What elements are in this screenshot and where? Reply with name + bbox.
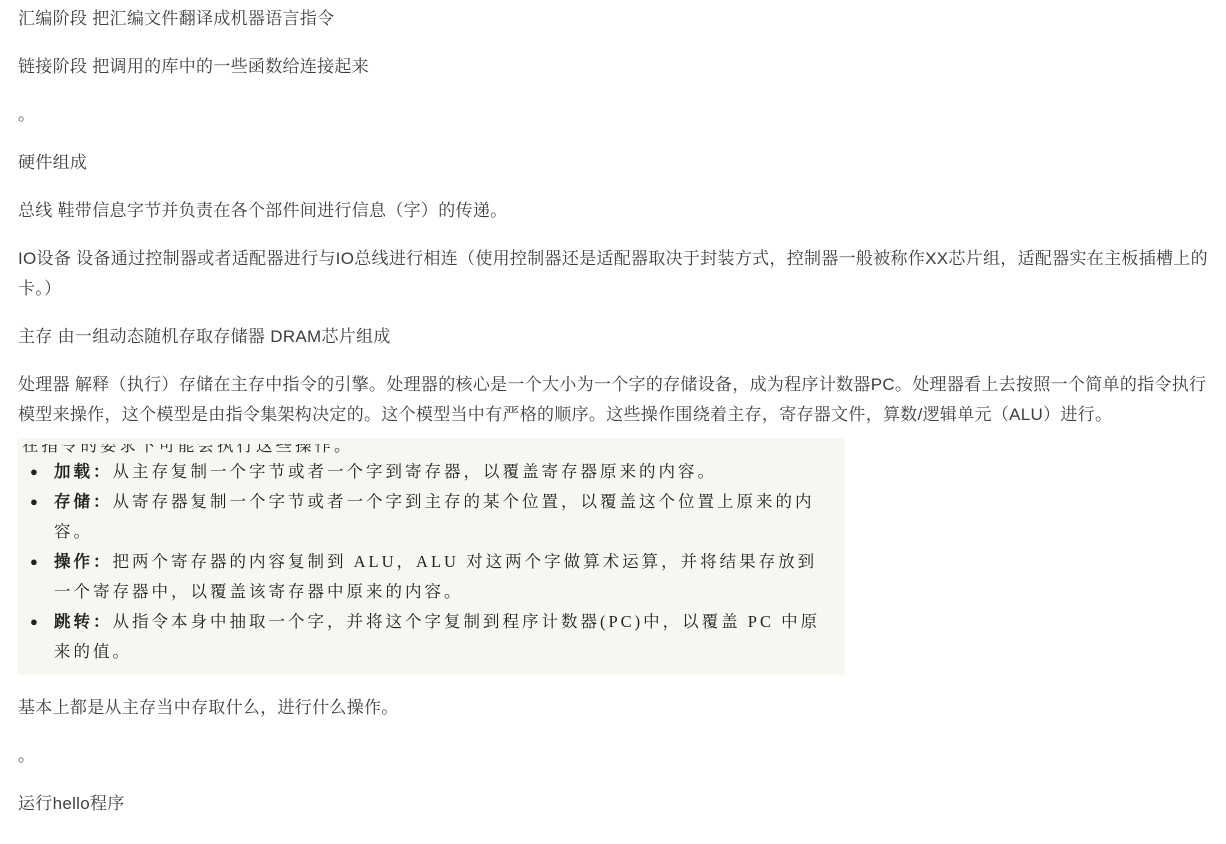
paragraph-processor: 处理器 解释（执行）存储在主存中指令的引擎。处理器的核心是一个大小为一个字的存储… [18, 370, 1208, 430]
paragraph-hardware-heading: 硬件组成 [18, 148, 1208, 178]
scan-clipped-top-line-text: 在指令的要求下可能会执行这些操作。 [22, 444, 835, 457]
bullet-dot-icon: ● [30, 547, 38, 577]
scan-bullet-load: ●加载：从主存复制一个字节或者一个字到寄存器，以覆盖寄存器原来的内容。 [30, 457, 835, 487]
scan-clipped-top-line: 在指令的要求下可能会执行这些操作。 [22, 444, 835, 457]
notes-document: 汇编阶段 把汇编文件翻译成机器语言指令 链接阶段 把调用的库中的一些函数给连接起… [0, 0, 1226, 819]
scan-bullet-label: 操作： [54, 552, 113, 571]
paragraph-io-devices: IO设备 设备通过控制器或者适配器进行与IO总线进行相连（使用控制器还是适配器取… [18, 244, 1208, 304]
scan-bullet-jump: ●跳转：从指令本身中抽取一个字，并将这个字复制到程序计数器(PC)中，以覆盖 P… [30, 607, 835, 667]
scan-bullet-label: 加载： [54, 462, 113, 481]
bullet-dot-icon: ● [30, 487, 38, 517]
scan-bullet-text: 把两个寄存器的内容复制到 ALU，ALU 对这两个字做算术运算，并将结果存放到一… [54, 552, 817, 601]
scan-bullet-text: 从主存复制一个字节或者一个字到寄存器，以覆盖寄存器原来的内容。 [113, 462, 718, 481]
paragraph-main-memory: 主存 由一组动态随机存取存储器 DRAM芯片组成 [18, 322, 1208, 352]
paragraph-period-only: 。 [18, 100, 1208, 130]
paragraph-run-hello-heading: 运行hello程序 [18, 789, 1208, 819]
paragraph-bus: 总线 鞋带信息字节并负责在各个部件间进行信息（字）的传递。 [18, 196, 1208, 226]
paragraph-link-stage: 链接阶段 把调用的库中的一些函数给连接起来 [18, 52, 1208, 82]
scan-bullet-text: 从指令本身中抽取一个字，并将这个字复制到程序计数器(PC)中，以覆盖 PC 中原… [54, 612, 820, 661]
paragraph-period-only: 。 [18, 741, 1208, 771]
bullet-dot-icon: ● [30, 607, 38, 637]
paragraph-summary: 基本上都是从主存当中存取什么，进行什么操作。 [18, 693, 1208, 723]
embedded-book-scan-image: 在指令的要求下可能会执行这些操作。 ●加载：从主存复制一个字节或者一个字到寄存器… [18, 438, 845, 675]
scan-bullet-text: 从寄存器复制一个字节或者一个字到主存的某个位置，以覆盖这个位置上原来的内容。 [54, 492, 815, 541]
scan-bullet-label: 存储： [54, 492, 113, 511]
scan-bullet-operate: ●操作：把两个寄存器的内容复制到 ALU，ALU 对这两个字做算术运算，并将结果… [30, 547, 835, 607]
scan-bullet-store: ●存储：从寄存器复制一个字节或者一个字到主存的某个位置，以覆盖这个位置上原来的内… [30, 487, 835, 547]
paragraph-assembly-stage: 汇编阶段 把汇编文件翻译成机器语言指令 [18, 4, 1208, 34]
scan-bullet-label: 跳转： [54, 612, 113, 631]
bullet-dot-icon: ● [30, 457, 38, 487]
